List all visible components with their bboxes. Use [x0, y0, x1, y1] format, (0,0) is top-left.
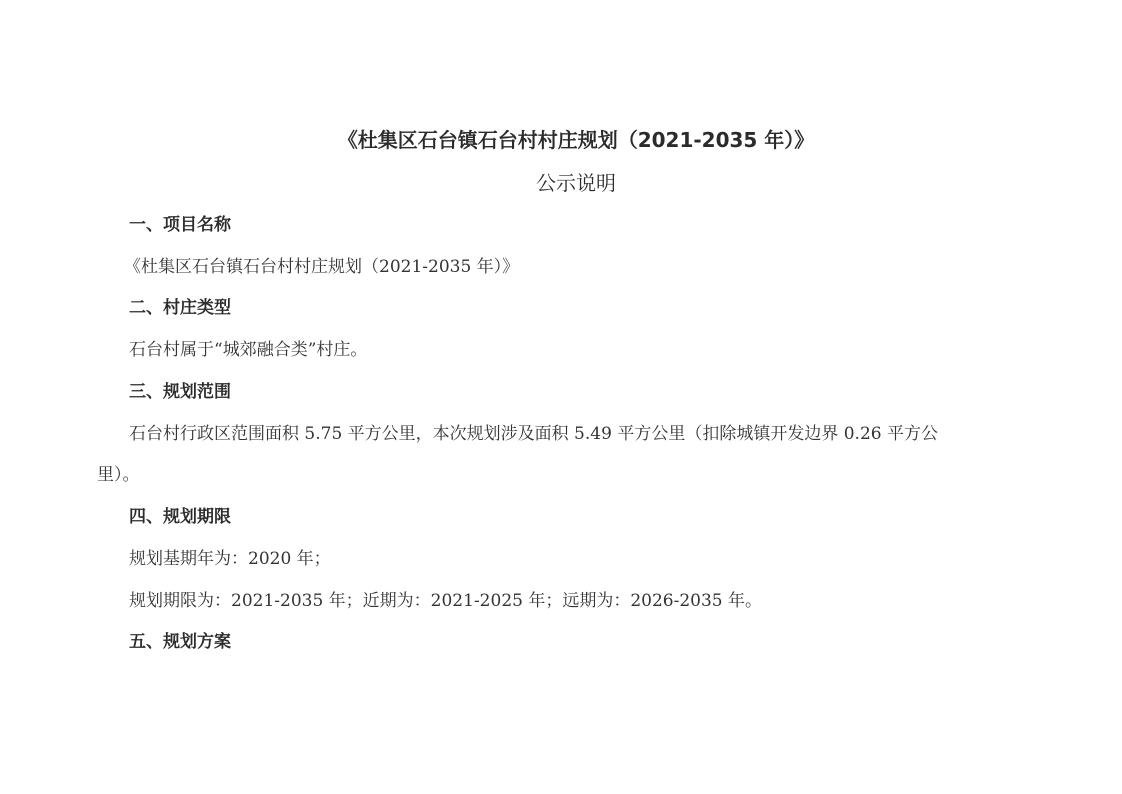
paragraph-planning-term: 规划期限为：2021-2035 年；近期为：2021-2025 年；远期为：20…: [129, 590, 762, 612]
paragraph-village-type: 石台村属于“城郊融合类”村庄。: [129, 339, 367, 361]
document-title: 《杜集区石台镇石台村村庄规划（2021-2035 年）》: [0, 129, 1122, 151]
section-heading-planning-scheme: 五、规划方案: [129, 631, 231, 653]
paragraph-planning-scope: 石台村行政区范围面积 5.75 平方公里，本次规划涉及面积 5.49 平方公里（…: [129, 423, 938, 445]
document-subtitle: 公示说明: [0, 172, 1122, 194]
section-heading-village-type: 二、村庄类型: [129, 297, 231, 319]
section-heading-planning-period: 四、规划期限: [129, 506, 231, 528]
paragraph-planning-scope-wrap: 里）。: [97, 464, 140, 486]
section-heading-project-name: 一、项目名称: [129, 214, 231, 236]
paragraph-base-year: 规划基期年为：2020 年；: [129, 548, 331, 570]
paragraph-project-name: 《杜集区石台镇石台村村庄规划（2021-2035 年）》: [124, 256, 519, 278]
section-heading-planning-scope: 三、规划范围: [129, 381, 231, 403]
